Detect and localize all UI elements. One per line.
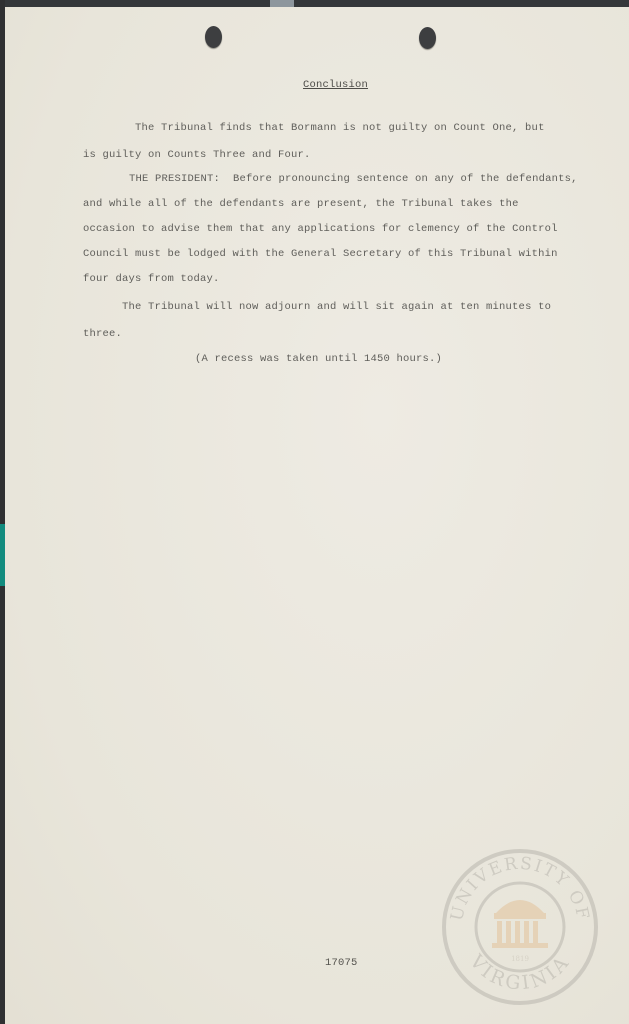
- text-line: occasion to advise them that any applica…: [83, 223, 558, 235]
- text-line: and while all of the defendants are pres…: [83, 198, 519, 210]
- recess-note: (A recess was taken until 1450 hours.): [195, 353, 442, 365]
- text-line: The Tribunal finds that Bormann is not g…: [135, 122, 545, 134]
- text-line: THE PRESIDENT: Before pronouncing senten…: [129, 173, 578, 185]
- document-title: Conclusion: [303, 79, 368, 91]
- document-page: Conclusion The Tribunal finds that Borma…: [5, 7, 629, 1024]
- punch-hole-right: [419, 27, 436, 49]
- text-line: four days from today.: [83, 273, 220, 285]
- text-line: is guilty on Counts Three and Four.: [83, 149, 311, 161]
- scanner-light-bar: [270, 0, 294, 7]
- text-line: three.: [83, 328, 122, 340]
- text-line: Council must be lodged with the General …: [83, 248, 558, 260]
- scanner-top-edge: [0, 0, 629, 7]
- university-seal-icon: UNIVERSITY OF VIRGINIA 1819: [440, 847, 600, 1007]
- punch-hole-left: [205, 26, 222, 48]
- svg-text:1819: 1819: [511, 955, 529, 963]
- text-line: The Tribunal will now adjourn and will s…: [122, 301, 551, 313]
- page-number: 17075: [325, 957, 358, 969]
